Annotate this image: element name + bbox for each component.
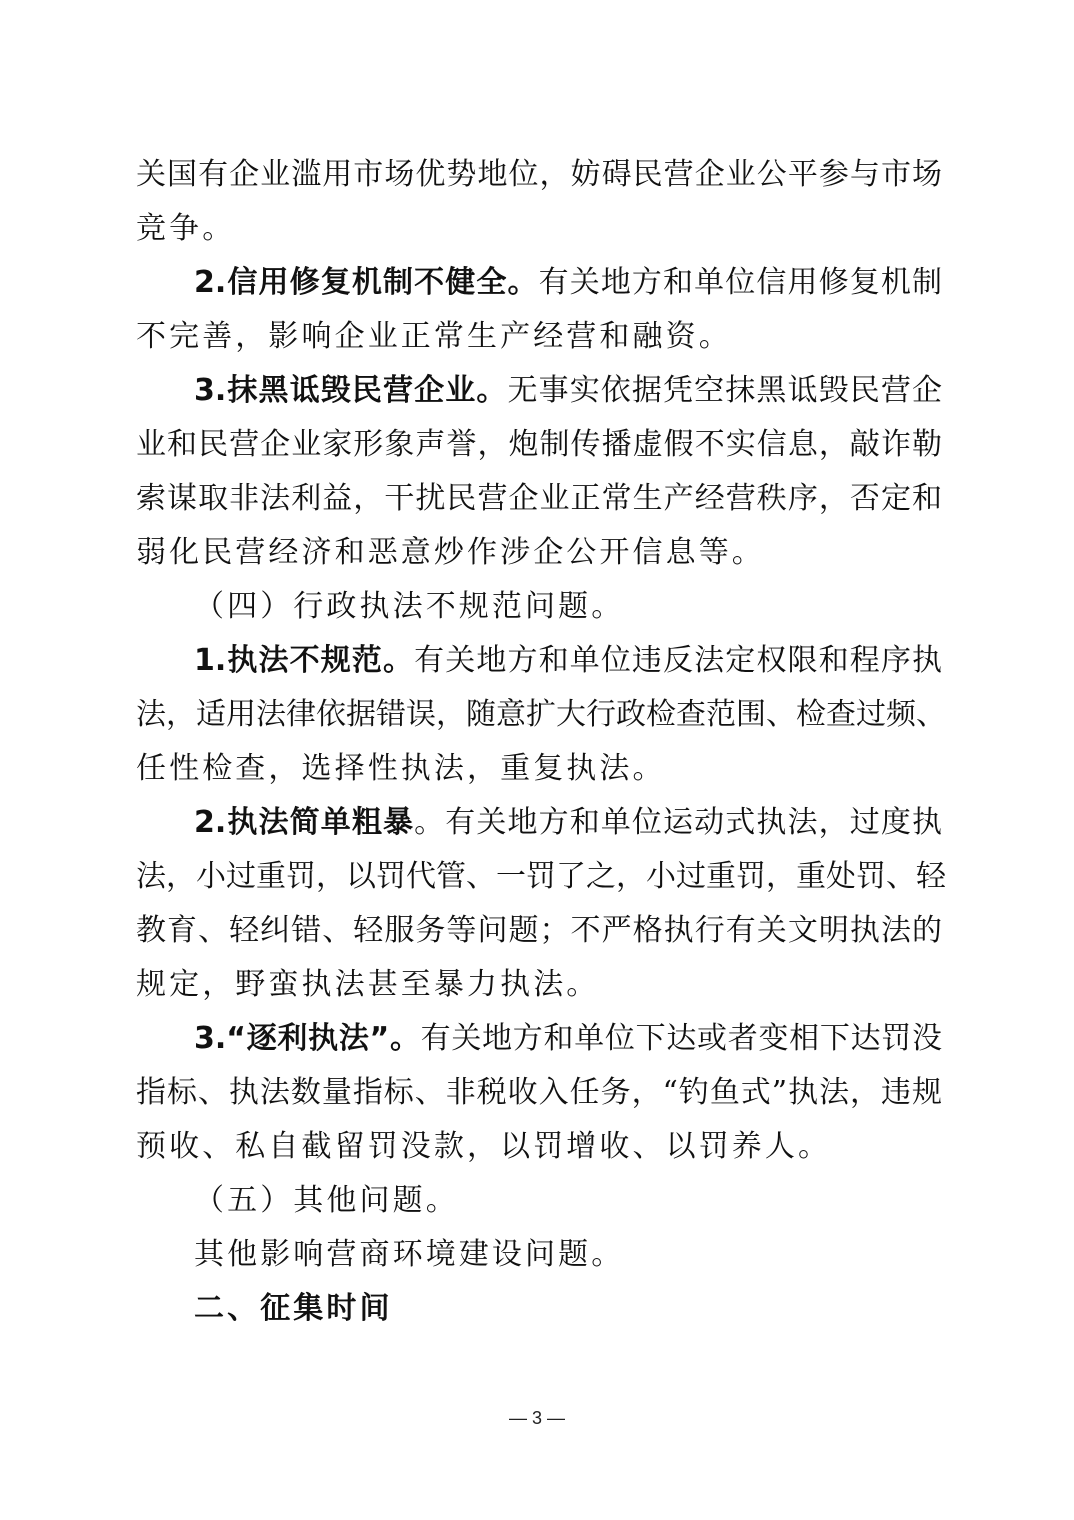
- item-text: 。有关地方和单位运动式执法，过度执: [414, 805, 942, 840]
- body-line: 规定，野蛮执法甚至暴力执法。: [136, 958, 942, 1012]
- body-line: 索谋取非法利益，干扰民营企业正常生产经营秩序，否定和: [136, 472, 942, 526]
- item-text: 有关地方和单位违反法定权限和程序执: [414, 643, 942, 678]
- item-lead-bold: 3.“逐利执法”。: [194, 1021, 421, 1056]
- section-heading-4: （四）行政执法不规范问题。: [136, 580, 942, 634]
- body-line: 其他影响营商环境建设问题。: [136, 1228, 942, 1282]
- page-number: — 3 —: [0, 1408, 1074, 1429]
- document-page: 关国有企业滥用市场优势地位，妨碍民营企业公平参与市场 竞争。 2.信用修复机制不…: [136, 148, 942, 1336]
- item-lead-bold: 2.执法简单粗暴: [194, 805, 414, 840]
- item-enforcement-irregular: 1.执法不规范。有关地方和单位违反法定权限和程序执: [136, 634, 942, 688]
- item-lead-bold: 2.信用修复机制不健全。: [194, 265, 539, 300]
- body-line: 弱化民营经济和恶意炒作涉企公开信息等。: [136, 526, 942, 580]
- body-line: 教育、轻纠错、轻服务等问题；不严格执行有关文明执法的: [136, 904, 942, 958]
- body-line: 不完善，影响企业正常生产经营和融资。: [136, 310, 942, 364]
- item-text: 有关地方和单位信用修复机制: [539, 265, 942, 300]
- body-line: 法，小过重罚，以罚代管、一罚了之，小过重罚，重处罚、轻: [136, 850, 942, 904]
- item-lead-bold: 3.抹黑诋毁民营企业。: [194, 373, 507, 408]
- body-line: 任性检查，选择性执法，重复执法。: [136, 742, 942, 796]
- item-text: 有关地方和单位下达或者变相下达罚没: [421, 1021, 942, 1056]
- item-lead-bold: 1.执法不规范。: [194, 643, 414, 678]
- body-line: 指标、执法数量指标、非税收入任务，“钓鱼式”执法，违规: [136, 1066, 942, 1120]
- body-line: 关国有企业滥用市场优势地位，妨碍民营企业公平参与市场: [136, 148, 942, 202]
- body-line: 业和民营企业家形象声誉，炮制传播虚假不实信息，敲诈勒: [136, 418, 942, 472]
- body-line: 预收、私自截留罚没款，以罚增收、以罚养人。: [136, 1120, 942, 1174]
- item-profit-enforcement: 3.“逐利执法”。有关地方和单位下达或者变相下达罚没: [136, 1012, 942, 1066]
- chapter-heading-collection-time: 二、征集时间: [136, 1282, 942, 1336]
- body-line: 法，适用法律依据错误，随意扩大行政检查范围、检查过频、: [136, 688, 942, 742]
- item-credit-repair: 2.信用修复机制不健全。有关地方和单位信用修复机制: [136, 256, 942, 310]
- item-text: 无事实依据凭空抹黑诋毁民营企: [507, 373, 942, 408]
- body-line: 竞争。: [136, 202, 942, 256]
- item-defamation: 3.抹黑诋毁民营企业。无事实依据凭空抹黑诋毁民营企: [136, 364, 942, 418]
- item-enforcement-rough: 2.执法简单粗暴。有关地方和单位运动式执法，过度执: [136, 796, 942, 850]
- section-heading-5: （五）其他问题。: [136, 1174, 942, 1228]
